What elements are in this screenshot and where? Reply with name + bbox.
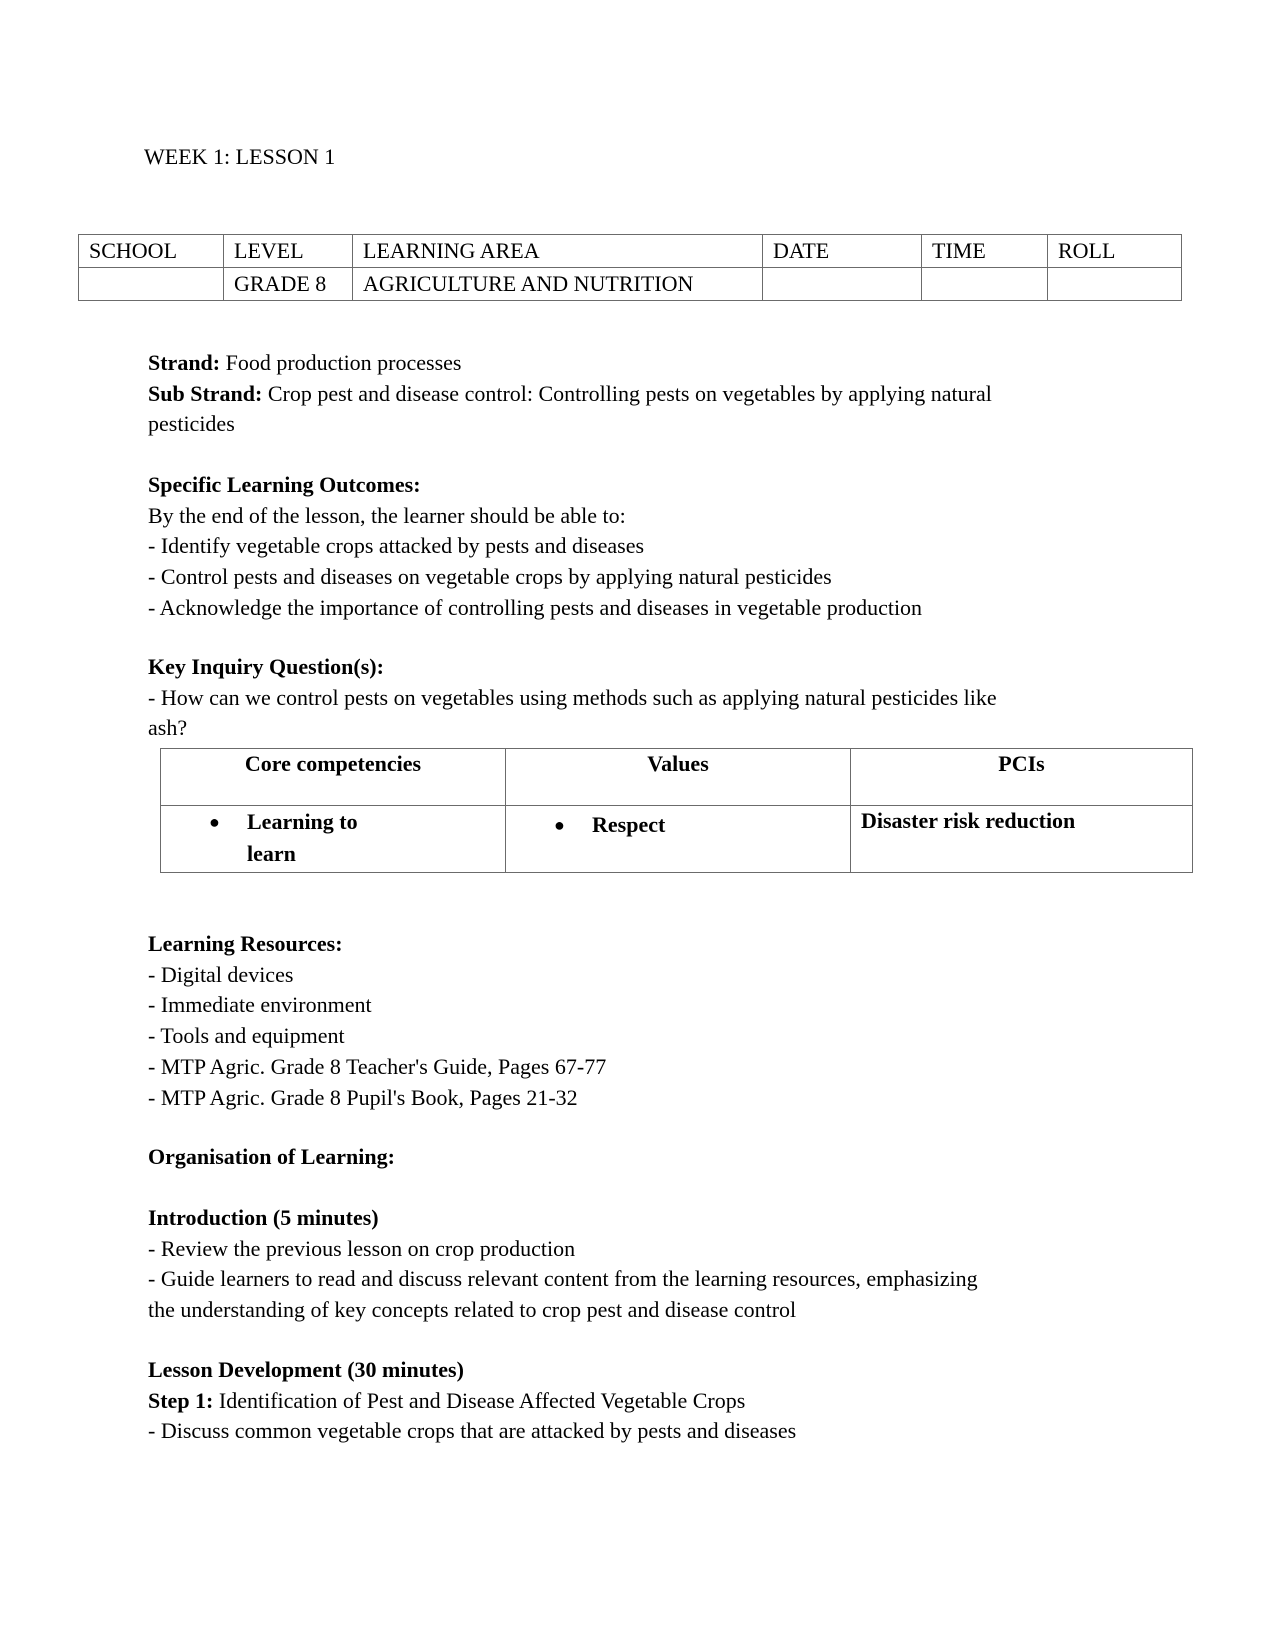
resource-item: - MTP Agric. Grade 8 Teacher's Guide, Pa… bbox=[148, 1052, 1128, 1083]
header-learning-area: LEARNING AREA bbox=[353, 235, 763, 268]
introduction-item: - Review the previous lesson on crop pro… bbox=[148, 1234, 1148, 1265]
inquiry-question-continuation: ash? bbox=[148, 713, 1148, 744]
strand-label: Strand: bbox=[148, 350, 220, 375]
value-learning-area: AGRICULTURE AND NUTRITION bbox=[353, 268, 763, 301]
header-date: DATE bbox=[763, 235, 922, 268]
strand-value: Food production processes bbox=[220, 350, 461, 375]
outcome-item: - Control pests and diseases on vegetabl… bbox=[148, 562, 1128, 593]
organisation-section: Organisation of Learning: bbox=[148, 1142, 1128, 1173]
header-time: TIME bbox=[922, 235, 1048, 268]
sub-strand-value: Crop pest and disease control: Controlli… bbox=[262, 381, 992, 406]
resources-heading: Learning Resources: bbox=[148, 929, 1128, 960]
resource-item: - Immediate environment bbox=[148, 990, 1128, 1021]
header-core-competencies: Core competencies bbox=[161, 749, 506, 806]
introduction-heading: Introduction (5 minutes) bbox=[148, 1203, 1148, 1234]
core-competency-line2: learn bbox=[247, 838, 358, 870]
core-competency-cell: ● Learning to learn bbox=[161, 806, 506, 873]
outcomes-intro: By the end of the lesson, the learner sh… bbox=[148, 501, 1128, 532]
header-school: SCHOOL bbox=[79, 235, 224, 268]
value-item: Respect bbox=[592, 809, 665, 841]
header-level: LEVEL bbox=[224, 235, 353, 268]
bullet-icon: ● bbox=[209, 812, 220, 833]
value-school bbox=[79, 268, 224, 301]
header-values: Values bbox=[506, 749, 851, 806]
step1-label: Step 1: bbox=[148, 1388, 213, 1413]
meta-value-row: GRADE 8 AGRICULTURE AND NUTRITION bbox=[79, 268, 1182, 301]
strand-section: Strand: Food production processes Sub St… bbox=[148, 348, 1128, 440]
development-heading: Lesson Development (30 minutes) bbox=[148, 1355, 1128, 1386]
competencies-body-row: ● Learning to learn ● Respect Disaster r… bbox=[161, 806, 1193, 873]
core-competency-item: Learning to learn bbox=[247, 806, 358, 870]
competencies-header-row: Core competencies Values PCIs bbox=[161, 749, 1193, 806]
resource-item: - MTP Agric. Grade 8 Pupil's Book, Pages… bbox=[148, 1083, 1128, 1114]
value-level: GRADE 8 bbox=[224, 268, 353, 301]
header-pcis: PCIs bbox=[851, 749, 1193, 806]
competencies-table: Core competencies Values PCIs ● Learning… bbox=[160, 748, 1193, 873]
step1-value: Identification of Pest and Disease Affec… bbox=[213, 1388, 745, 1413]
development-section: Lesson Development (30 minutes) Step 1: … bbox=[148, 1355, 1128, 1447]
resource-item: - Tools and equipment bbox=[148, 1021, 1128, 1052]
introduction-section: Introduction (5 minutes) - Review the pr… bbox=[148, 1203, 1148, 1326]
step1-item: - Discuss common vegetable crops that ar… bbox=[148, 1416, 1128, 1447]
introduction-item-continuation: the understanding of key concepts relate… bbox=[148, 1295, 1148, 1326]
value-time bbox=[922, 268, 1048, 301]
sub-strand-label: Sub Strand: bbox=[148, 381, 262, 406]
inquiry-question: - How can we control pests on vegetables… bbox=[148, 683, 1148, 714]
inquiry-section: Key Inquiry Question(s): - How can we co… bbox=[148, 652, 1148, 744]
bullet-icon: ● bbox=[554, 815, 565, 836]
strand-line: Strand: Food production processes bbox=[148, 348, 1128, 379]
core-competency-line1: Learning to bbox=[247, 806, 358, 838]
sub-strand-continuation: pesticides bbox=[148, 409, 1128, 440]
resource-item: - Digital devices bbox=[148, 960, 1128, 991]
header-roll: ROLL bbox=[1048, 235, 1182, 268]
organisation-heading: Organisation of Learning: bbox=[148, 1142, 1128, 1173]
inquiry-heading: Key Inquiry Question(s): bbox=[148, 652, 1148, 683]
value-date bbox=[763, 268, 922, 301]
introduction-item: - Guide learners to read and discuss rel… bbox=[148, 1264, 1148, 1295]
step1-line: Step 1: Identification of Pest and Disea… bbox=[148, 1386, 1128, 1417]
pcis-cell: Disaster risk reduction bbox=[851, 806, 1193, 873]
pci-item: Disaster risk reduction bbox=[861, 805, 1075, 837]
value-roll bbox=[1048, 268, 1182, 301]
meta-header-row: SCHOOL LEVEL LEARNING AREA DATE TIME ROL… bbox=[79, 235, 1182, 268]
sub-strand-line: Sub Strand: Crop pest and disease contro… bbox=[148, 379, 1128, 410]
outcome-item: - Identify vegetable crops attacked by p… bbox=[148, 531, 1128, 562]
outcome-item: - Acknowledge the importance of controll… bbox=[148, 593, 1128, 624]
outcomes-section: Specific Learning Outcomes: By the end o… bbox=[148, 470, 1128, 624]
resources-section: Learning Resources: - Digital devices - … bbox=[148, 929, 1128, 1113]
week-lesson-title: WEEK 1: LESSON 1 bbox=[144, 143, 335, 171]
values-cell: ● Respect bbox=[506, 806, 851, 873]
outcomes-heading: Specific Learning Outcomes: bbox=[148, 470, 1128, 501]
lesson-meta-table: SCHOOL LEVEL LEARNING AREA DATE TIME ROL… bbox=[78, 234, 1182, 301]
